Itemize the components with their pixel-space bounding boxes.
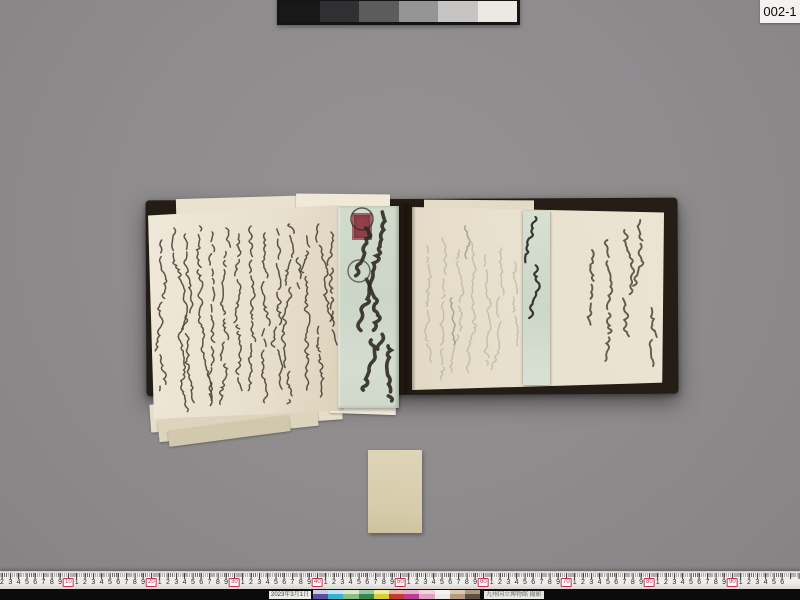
ruler-ten-mark: 30 (229, 578, 240, 587)
ruler-ten-mark: 80 (644, 578, 655, 587)
ruler-digit: 9 (556, 578, 560, 588)
ruler-digit: 3 (174, 578, 178, 588)
ruler-digit: 8 (631, 578, 635, 588)
ruler-digit: 4 (598, 578, 602, 588)
pasted-envelope (338, 206, 399, 408)
ruler-digit: 2 (249, 578, 253, 588)
ruler-digit: 1 (407, 578, 411, 588)
color-patch (313, 590, 328, 599)
ruler-digit: 2 (415, 578, 419, 588)
ruler-digit: 5 (25, 578, 29, 588)
color-patch (389, 590, 404, 599)
ruler-digit: 4 (349, 578, 353, 588)
ruler-digit: 9 (224, 578, 228, 588)
color-patch (435, 590, 450, 599)
ruler-digit: 2 (498, 578, 502, 588)
ruler-digit: 8 (465, 578, 469, 588)
ruler-digit: 4 (681, 578, 685, 588)
color-patch (450, 590, 465, 599)
ruler-digit: 4 (100, 578, 104, 588)
ruler-digit: 6 (448, 578, 452, 588)
ruler-digit: 8 (133, 578, 137, 588)
ruler-digit: 6 (199, 578, 203, 588)
ruler-digit: 6 (697, 578, 701, 588)
grayscale-patch (280, 1, 320, 22)
ruler-digit: 2 (0, 578, 4, 588)
ruler-digit: 3 (506, 578, 510, 588)
ruler-digit: 2 (332, 578, 336, 588)
ruler-digit: 6 (780, 578, 784, 588)
ruler-ten-mark: 50 (395, 578, 406, 587)
ruler-digit: 6 (531, 578, 535, 588)
grayscale-patch (399, 1, 439, 22)
ruler-digit: 6 (116, 578, 120, 588)
ruler-digit: 5 (689, 578, 693, 588)
ruler-digit: 2 (581, 578, 585, 588)
ruler-digit: 1 (739, 578, 743, 588)
photo-id-label: 002-1 (760, 0, 800, 23)
ruler-digit: 5 (357, 578, 361, 588)
ruler-ten-mark: 90 (727, 578, 738, 587)
ruler-digit: 8 (216, 578, 220, 588)
ruler-digit: 1 (573, 578, 577, 588)
ruler-digit: 9 (307, 578, 311, 588)
ruler-digit: 7 (291, 578, 295, 588)
ruler-digit: 2 (83, 578, 87, 588)
ruler-digit: 5 (108, 578, 112, 588)
ruler-digit: 8 (548, 578, 552, 588)
ruler-digit: 4 (432, 578, 436, 588)
color-patch (328, 590, 343, 599)
footer-black-strip: 2023年3月1日 九州国立博物館 撮影 (0, 589, 800, 600)
ruler-digit: 3 (672, 578, 676, 588)
ruler-digit: 4 (515, 578, 519, 588)
ruler-digit: 4 (764, 578, 768, 588)
ruler-digit: 3 (340, 578, 344, 588)
ruler-ten-mark: 60 (478, 578, 489, 587)
ruler-digit: 3 (91, 578, 95, 588)
ruler-digit: 7 (706, 578, 710, 588)
color-patch (343, 590, 358, 599)
color-patch (465, 590, 480, 599)
pasted-address-strip (523, 211, 550, 385)
grayscale-patch (478, 1, 518, 22)
ruler-digit: 3 (755, 578, 759, 588)
ruler-digit: 4 (183, 578, 187, 588)
ruler-digit: 1 (158, 578, 162, 588)
ruler-digit: 8 (382, 578, 386, 588)
ruler-digit: 7 (540, 578, 544, 588)
ruler-digit: 5 (523, 578, 527, 588)
ruler-digit: 5 (440, 578, 444, 588)
ruler-digit: 2 (747, 578, 751, 588)
color-calibration-bar (313, 590, 480, 599)
ruler-digit: 8 (50, 578, 54, 588)
ruler-digit: 4 (17, 578, 21, 588)
ruler-digit: 7 (208, 578, 212, 588)
ruler-digit: 5 (191, 578, 195, 588)
color-patch (359, 590, 374, 599)
album-left-page (148, 205, 344, 419)
ruler-digit: 7 (623, 578, 627, 588)
ruler-digit: 3 (257, 578, 261, 588)
grayscale-patch (438, 1, 478, 22)
ruler-digit: 2 (166, 578, 170, 588)
album-gutter (396, 203, 416, 394)
ruler-digit: 1 (490, 578, 494, 588)
ruler-ten-mark: 70 (561, 578, 572, 587)
handwritten-card (368, 450, 422, 533)
ruler-digit: 6 (614, 578, 618, 588)
ruler-digit: 9 (473, 578, 477, 588)
color-patch (374, 590, 389, 599)
ruler-ten-mark: 40 (312, 578, 323, 587)
museum-credit-label: 九州国立博物館 撮影 (484, 591, 544, 599)
ruler-digit: 9 (722, 578, 726, 588)
ruler-digit: 7 (42, 578, 46, 588)
ruler-digit: 6 (33, 578, 37, 588)
ruler-digit: 4 (266, 578, 270, 588)
ruler-digit: 1 (656, 578, 660, 588)
ruler-digit: 6 (282, 578, 286, 588)
color-patch (419, 590, 434, 599)
ruler-digit: 3 (8, 578, 12, 588)
photo-date-label: 2023年3月1日 (269, 591, 311, 599)
archival-photo-table: 002-1 2345678910123456789201234567893012… (0, 0, 800, 600)
ruler-ten-mark: 20 (146, 578, 157, 587)
ruler-ten-mark: 10 (63, 578, 74, 587)
ruler-digit: 1 (324, 578, 328, 588)
ruler-digit: 8 (714, 578, 718, 588)
grayscale-calibration-strip (277, 0, 520, 25)
ruler-digit: 9 (141, 578, 145, 588)
ruler-digit: 6 (365, 578, 369, 588)
ruler-digit: 1 (241, 578, 245, 588)
postage-stamp (352, 213, 372, 240)
ruler-digit: 9 (639, 578, 643, 588)
ruler-digit: 5 (606, 578, 610, 588)
ruler-digit: 3 (423, 578, 427, 588)
ruler-digit: 2 (664, 578, 668, 588)
ruler-digit: 3 (589, 578, 593, 588)
ruler-digit: 7 (125, 578, 129, 588)
ruler-digit: 9 (390, 578, 394, 588)
grayscale-patch (359, 1, 399, 22)
measuring-tape-ruler: 2345678910123456789201234567893012345678… (0, 571, 800, 589)
ruler-digit: 8 (299, 578, 303, 588)
ruler-digit: 9 (58, 578, 62, 588)
color-patch (404, 590, 419, 599)
ruler-digit: 5 (772, 578, 776, 588)
ruler-digit: 7 (457, 578, 461, 588)
ruler-digit: 5 (274, 578, 278, 588)
grayscale-patch (320, 1, 360, 22)
ruler-digit: 1 (75, 578, 79, 588)
ruler-digit: 7 (374, 578, 378, 588)
